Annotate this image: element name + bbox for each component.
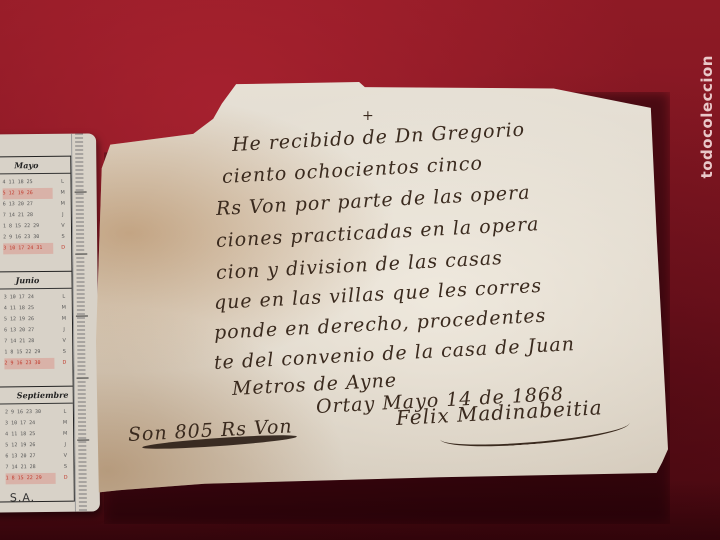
- week-row: 2 9 16 23 30: [5, 407, 55, 419]
- week-row: 3 10 17 24 31: [3, 243, 53, 255]
- week-row: 3 10 17 24: [4, 292, 54, 304]
- weekday-column: L M M J V S D: [59, 407, 72, 484]
- cross-mark: +: [362, 108, 375, 124]
- month-name: Mayo: [0, 157, 70, 175]
- week-row: 6 13 20 27: [4, 325, 54, 337]
- week-row: 1 8 15 22 29: [6, 473, 56, 485]
- watermark-text: todocoleccion: [698, 55, 716, 178]
- ruler-scale: [71, 133, 100, 511]
- ruler-tick: [77, 440, 89, 441]
- week-row: 4 11 18 25: [2, 177, 52, 189]
- ruler-tick: [75, 192, 87, 193]
- weekday-column: L M M J V S D: [56, 177, 69, 254]
- week-row: 1 8 15 22 29: [3, 221, 53, 233]
- week-row: 6 13 20 27: [3, 199, 53, 211]
- ruler-tick: [76, 316, 88, 317]
- week-row: 1 8 15 22 29: [4, 347, 54, 359]
- week-row: 5 12 19 26: [4, 314, 54, 326]
- week-row: 7 14 21 28: [5, 462, 55, 474]
- week-row: 6 13 20 27: [5, 451, 55, 463]
- ruler-tick: [77, 378, 89, 379]
- week-row: 4 11 18 25: [5, 429, 55, 441]
- calendar-table: Mayo 4 11 18 25 5 12 19 26 6 13 20 27 7 …: [0, 156, 75, 503]
- week-row: 5 12 19 26: [5, 440, 55, 452]
- week-row: 3 10 17 24: [5, 418, 55, 430]
- calendar-month: Septiembre 2 9 16 23 30 3 10 17 24 4 11 …: [0, 387, 74, 503]
- month-name: Junio: [0, 272, 72, 290]
- week-row: 7 14 21 28: [4, 336, 54, 348]
- ruler-tick: [75, 254, 87, 255]
- pocket-calendar-card: Mayo 4 11 18 25 5 12 19 26 6 13 20 27 7 …: [0, 133, 100, 512]
- week-row: 2 9 16 23 30: [4, 358, 54, 370]
- calendar-month: Junio 3 10 17 24 4 11 18 25 5 12 19 26 6…: [0, 272, 73, 388]
- calendar-footer-text: S.A.: [0, 490, 100, 504]
- month-name: Septiembre: [0, 387, 73, 405]
- week-row: 7 14 21 28: [3, 210, 53, 222]
- weekday-column: L M M J V S D: [58, 292, 71, 369]
- calendar-month: Mayo 4 11 18 25 5 12 19 26 6 13 20 27 7 …: [0, 157, 71, 273]
- week-row: 5 12 19 26: [3, 188, 53, 200]
- week-row: 2 9 16 23 30: [3, 232, 53, 244]
- week-row: 4 11 18 25: [4, 303, 54, 315]
